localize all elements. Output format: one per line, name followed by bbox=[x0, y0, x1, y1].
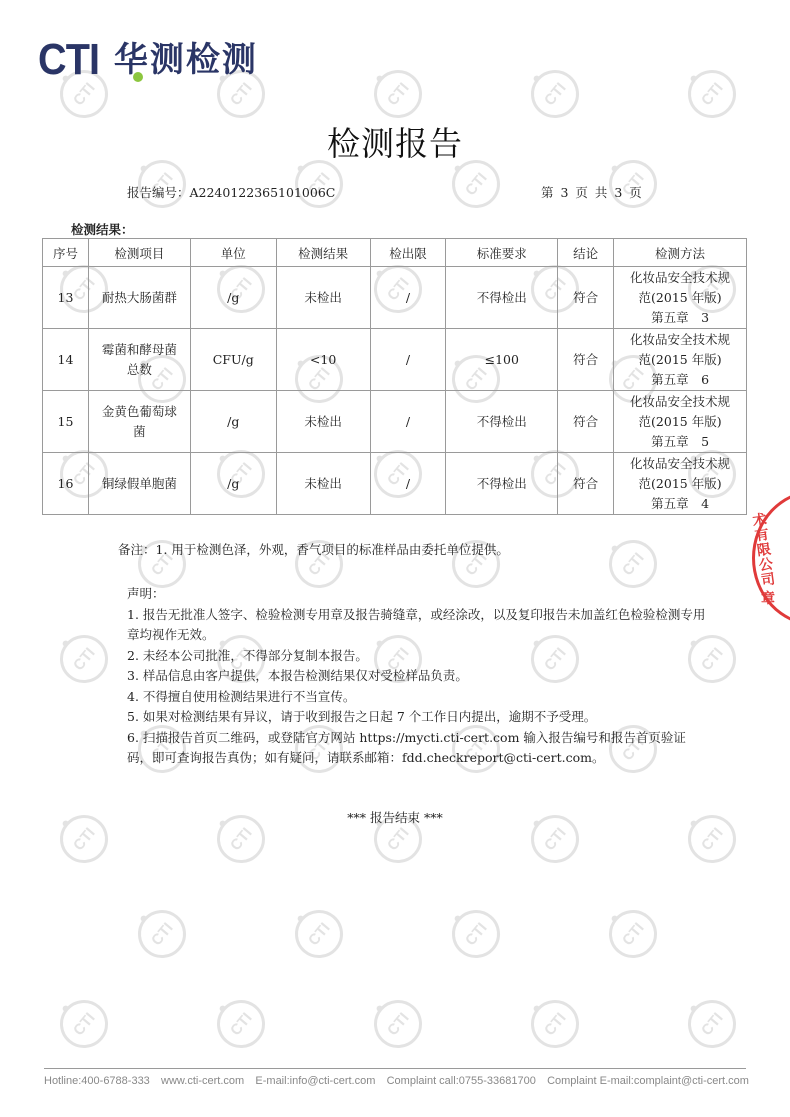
cell-item: 铜绿假单胞菌 bbox=[88, 453, 190, 515]
table-row: 14 霉菌和酵母菌总数 CFU/g <10 / ≤100 符合 化妆品安全技术规… bbox=[43, 329, 747, 391]
declaration-item: 5. 如果对检测结果有异议，请于收到报告之日起 7 个工作日内提出，逾期不予受理… bbox=[127, 707, 707, 728]
table-row: 13 耐热大肠菌群 /g 未检出 / 不得检出 符合 化妆品安全技术规范(201… bbox=[43, 267, 747, 329]
cell-result: <10 bbox=[276, 329, 370, 391]
cell-requirement: 不得检出 bbox=[446, 267, 558, 329]
cell-method: 化妆品安全技术规范(2015 年版)第五章 3 bbox=[614, 267, 747, 329]
seal-text: 术有限公司 bbox=[752, 512, 782, 589]
cti-watermark-icon: CTI bbox=[521, 990, 589, 1058]
cell-requirement: ≤100 bbox=[446, 329, 558, 391]
cell-conclusion: 符合 bbox=[558, 453, 614, 515]
cell-no: 14 bbox=[43, 329, 89, 391]
logo-cti-text: CTI bbox=[38, 40, 99, 80]
cell-limit: / bbox=[370, 453, 446, 515]
cell-limit: / bbox=[370, 329, 446, 391]
cell-item: 金黄色葡萄球菌 bbox=[88, 391, 190, 453]
cell-item: 耐热大肠菌群 bbox=[88, 267, 190, 329]
header-limit: 检出限 bbox=[370, 239, 446, 267]
declaration-item: 1. 报告无批准人签字、检验检测专用章及报告骑缝章，或经涂改，以及复印报告未加盖… bbox=[127, 605, 707, 646]
company-logo: CTI 华测检测 bbox=[38, 40, 258, 80]
footer-complaint-call: Complaint call:0755-33681700 bbox=[387, 1075, 536, 1087]
cell-result: 未检出 bbox=[276, 267, 370, 329]
cell-no: 15 bbox=[43, 391, 89, 453]
cti-watermark-icon: CTI bbox=[285, 900, 353, 968]
cell-result: 未检出 bbox=[276, 453, 370, 515]
cell-conclusion: 符合 bbox=[558, 391, 614, 453]
declaration-item: 4. 不得擅自使用检测结果进行不当宣传。 bbox=[127, 687, 707, 708]
header-method: 检测方法 bbox=[614, 239, 747, 267]
cti-watermark-icon: CTI bbox=[364, 990, 432, 1058]
remark-note: 备注：1. 用于检测色泽，外观，香气项目的标准样品由委托单位提供。 bbox=[118, 540, 509, 558]
footer: Hotline:400-6788-333 www.cti-cert.com E-… bbox=[44, 1075, 749, 1087]
company-seal-stamp: 术有限公司 章 bbox=[752, 490, 790, 626]
cti-watermark-icon: CTI bbox=[50, 990, 118, 1058]
footer-email-link[interactable]: E-mail:info@cti-cert.com bbox=[255, 1075, 375, 1087]
footer-website-link[interactable]: www.cti-cert.com bbox=[161, 1075, 244, 1087]
header-no: 序号 bbox=[43, 239, 89, 267]
watermark-layer: CTI CTI CTI CTI CTI CTI CTI CTI CTI CTI … bbox=[0, 0, 790, 1117]
header-conclusion: 结论 bbox=[558, 239, 614, 267]
cti-watermark-icon: CTI bbox=[599, 900, 667, 968]
cell-unit: /g bbox=[190, 453, 276, 515]
cell-limit: / bbox=[370, 267, 446, 329]
header-unit: 单位 bbox=[190, 239, 276, 267]
cti-watermark-icon: CTI bbox=[442, 900, 510, 968]
cell-unit: /g bbox=[190, 391, 276, 453]
declaration-item: 2. 未经本公司批准，不得部分复制本报告。 bbox=[127, 646, 707, 667]
declaration-title: 声明： bbox=[127, 584, 707, 605]
cell-requirement: 不得检出 bbox=[446, 453, 558, 515]
report-title: 检测报告 bbox=[0, 118, 790, 165]
declaration: 声明： 1. 报告无批准人签字、检验检测专用章及报告骑缝章，或经涂改，以及复印报… bbox=[127, 584, 707, 769]
header-result: 检测结果 bbox=[276, 239, 370, 267]
table-row: 16 铜绿假单胞菌 /g 未检出 / 不得检出 符合 化妆品安全技术规范(201… bbox=[43, 453, 747, 515]
cell-method: 化妆品安全技术规范(2015 年版)第五章 6 bbox=[614, 329, 747, 391]
section-label: 检测结果： bbox=[71, 220, 134, 238]
logo-dot-icon bbox=[133, 72, 143, 82]
cell-unit: CFU/g bbox=[190, 329, 276, 391]
cell-method: 化妆品安全技术规范(2015 年版)第五章 5 bbox=[614, 391, 747, 453]
cell-unit: /g bbox=[190, 267, 276, 329]
seal-char: 章 bbox=[761, 588, 775, 608]
table-header-row: 序号 检测项目 单位 检测结果 检出限 标准要求 结论 检测方法 bbox=[43, 239, 747, 267]
cell-conclusion: 符合 bbox=[558, 329, 614, 391]
cti-watermark-icon: CTI bbox=[50, 625, 118, 693]
declaration-item: 6. 扫描报告首页二维码，或登陆官方网站 https://mycti.cti-c… bbox=[127, 728, 707, 769]
footer-divider bbox=[44, 1068, 746, 1069]
report-number: 报告编号：A2240122365101006C bbox=[127, 183, 335, 201]
table-row: 15 金黄色葡萄球菌 /g 未检出 / 不得检出 符合 化妆品安全技术规范(20… bbox=[43, 391, 747, 453]
cti-watermark-icon: CTI bbox=[207, 990, 275, 1058]
cell-requirement: 不得检出 bbox=[446, 391, 558, 453]
cti-watermark-icon: CTI bbox=[128, 900, 196, 968]
cell-limit: / bbox=[370, 391, 446, 453]
cell-no: 16 bbox=[43, 453, 89, 515]
cell-conclusion: 符合 bbox=[558, 267, 614, 329]
cell-result: 未检出 bbox=[276, 391, 370, 453]
footer-hotline: Hotline:400-6788-333 bbox=[44, 1075, 150, 1087]
cell-item: 霉菌和酵母菌总数 bbox=[88, 329, 190, 391]
report-end-marker: *** 报告结束 *** bbox=[0, 808, 790, 826]
cell-method: 化妆品安全技术规范(2015 年版)第五章 4 bbox=[614, 453, 747, 515]
declaration-item: 3. 样品信息由客户提供，本报告检测结果仅对受检样品负责。 bbox=[127, 666, 707, 687]
results-table: 序号 检测项目 单位 检测结果 检出限 标准要求 结论 检测方法 13 耐热大肠… bbox=[42, 238, 747, 515]
footer-complaint-email-link[interactable]: Complaint E-mail:complaint@cti-cert.com bbox=[547, 1075, 749, 1087]
header-item: 检测项目 bbox=[88, 239, 190, 267]
page-info: 第 3 页 共 3 页 bbox=[541, 183, 642, 201]
cell-no: 13 bbox=[43, 267, 89, 329]
header-requirement: 标准要求 bbox=[446, 239, 558, 267]
cti-watermark-icon: CTI bbox=[678, 990, 746, 1058]
